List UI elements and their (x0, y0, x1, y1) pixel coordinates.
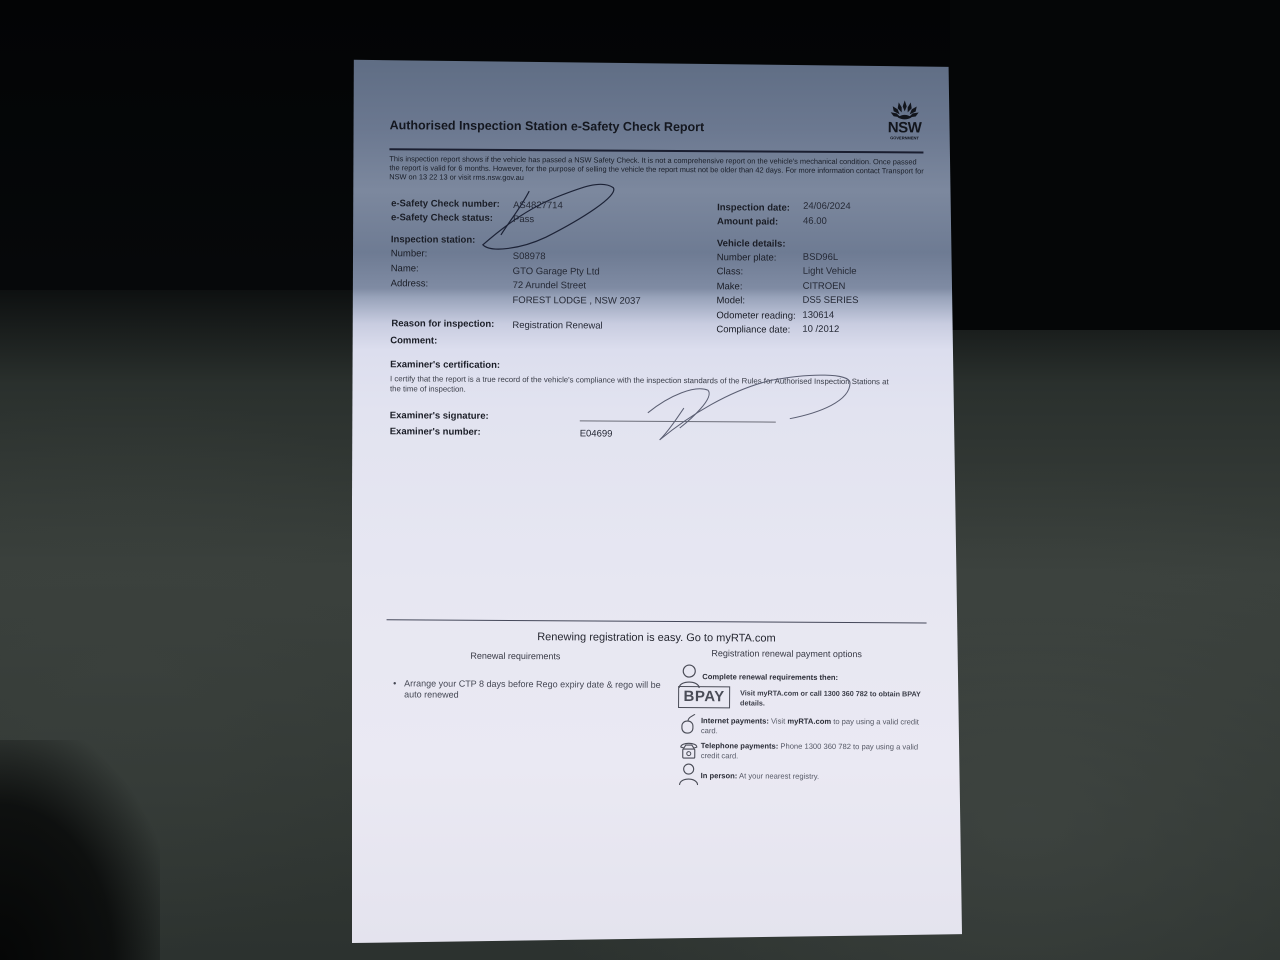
class-value: Light Vehicle (803, 266, 857, 277)
check-status-label: e-Safety Check status: (391, 212, 493, 224)
payment-option-label: Internet payments: (701, 716, 769, 725)
payment-option-text: Visit (771, 717, 785, 726)
model-value: DS5 SERIES (802, 295, 858, 306)
logo-text: NSW (882, 121, 928, 135)
check-number-label: e-Safety Check number: (391, 198, 500, 210)
bpay-logo-icon: BPAY (678, 686, 730, 708)
report-content: Authorised Inspection Station e-Safety C… (347, 58, 962, 947)
payment-option-intro: Complete renewal requirements then: (702, 672, 838, 683)
signature-line (580, 420, 776, 422)
renewal-divider (387, 619, 927, 623)
model-label: Model: (716, 295, 745, 306)
payment-option-label: In person: (701, 771, 738, 780)
myrta-link[interactable]: myRTA.com (787, 717, 831, 726)
station-address-line2: FOREST LODGE , NSW 2037 (512, 295, 640, 307)
payment-options-title: Registration renewal payment options (711, 648, 862, 659)
inspection-date-label: Inspection date: (717, 202, 790, 213)
reason-label: Reason for inspection: (391, 318, 494, 330)
bullet-icon: • (393, 678, 396, 689)
inspection-report-paper: Authorised Inspection Station e-Safety C… (352, 58, 962, 943)
renewal-requirements-title: Renewal requirements (470, 651, 560, 662)
class-label: Class: (717, 266, 743, 277)
requirement-text: Arrange your CTP 8 days before Rego expi… (404, 678, 661, 699)
report-title: Authorised Inspection Station e-Safety C… (390, 118, 705, 134)
number-plate-value: BSD96L (803, 252, 838, 263)
amount-paid-label: Amount paid: (717, 216, 778, 227)
intro-paragraph: This inspection report shows if the vehi… (389, 154, 925, 184)
comment-label: Comment: (390, 335, 437, 346)
number-plate-label: Number plate: (717, 252, 777, 263)
make-label: Make: (717, 281, 743, 292)
shadow-region (0, 740, 160, 960)
station-name-value: GTO Garage Pty Ltd (513, 266, 600, 278)
certification-heading: Examiner's certification: (390, 359, 500, 371)
telephone-icon (679, 740, 699, 760)
reason-value: Registration Renewal (512, 320, 602, 332)
odometer-value: 130614 (802, 310, 834, 321)
handwritten-signature (347, 58, 962, 947)
nsw-government-logo: NSW GOVERNMENT (882, 99, 928, 140)
payment-option-label: Complete renewal requirements then: (702, 672, 838, 682)
amount-paid-value: 46.00 (803, 216, 827, 227)
shadow-region (950, 0, 1280, 330)
check-status-value: Pass (513, 214, 534, 225)
waratah-flower-icon (890, 99, 920, 121)
odometer-label: Odometer reading: (716, 310, 795, 321)
payment-option-in-person: In person: At your nearest registry. (701, 771, 820, 782)
inspection-date-value: 24/06/2024 (803, 201, 851, 212)
examiner-number-value: E04699 (580, 428, 613, 439)
station-name-label: Name: (391, 263, 419, 274)
station-number-value: S08978 (513, 251, 546, 262)
payment-option-label: Telephone payments: (701, 741, 779, 750)
examiner-number-label: Examiner's number: (390, 426, 481, 438)
header-divider (389, 148, 923, 153)
payment-option-bpay: Visit myRTA.com or call 1300 360 782 to … (740, 688, 926, 709)
computer-mouse-icon (679, 714, 697, 734)
station-number-label: Number: (391, 248, 428, 259)
payment-option-internet: Internet payments: Visit myRTA.com to pa… (701, 716, 927, 737)
inspection-station-heading: Inspection station: (391, 234, 476, 246)
station-address-label: Address: (391, 278, 429, 289)
person-icon (679, 763, 699, 785)
vehicle-details-heading: Vehicle details: (717, 238, 786, 249)
payment-option-text: At your nearest registry. (739, 771, 819, 780)
compliance-date-value: 10 /2012 (802, 324, 839, 335)
make-value: CITROEN (803, 281, 846, 292)
requirement-item: • Arrange your CTP 8 days before Rego ex… (404, 678, 664, 702)
payment-option-telephone: Telephone payments: Phone 1300 360 782 t… (701, 741, 923, 762)
renewal-headline: Renewing registration is easy. Go to myR… (386, 630, 926, 645)
check-number-value: AS4827714 (513, 200, 563, 211)
compliance-date-label: Compliance date: (716, 324, 790, 335)
person-icon (678, 664, 700, 688)
examiner-signature-label: Examiner's signature: (390, 410, 489, 422)
station-address-line1: 72 Arundel Street (513, 280, 586, 291)
certification-text: I certify that the report is a true reco… (390, 374, 890, 396)
